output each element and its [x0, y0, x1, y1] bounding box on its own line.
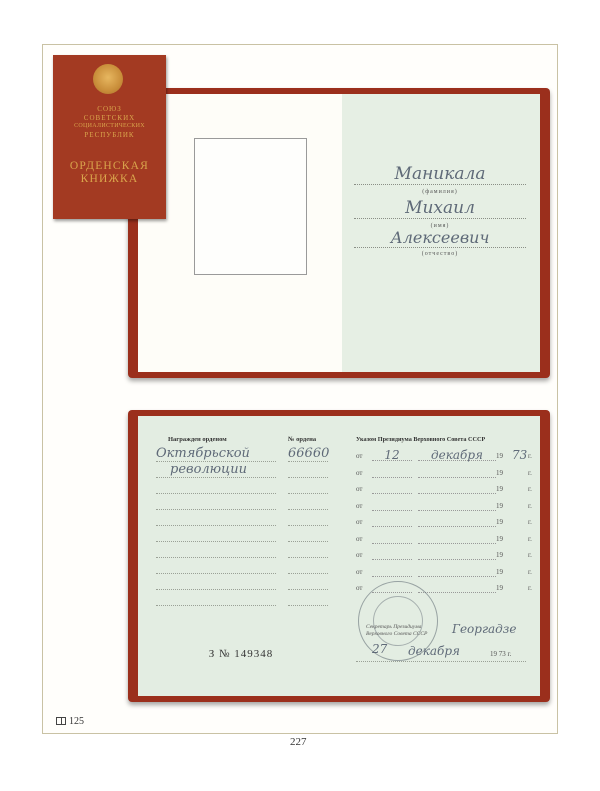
decree-date-row: от19г. [356, 518, 536, 530]
ot-label: от [356, 535, 362, 543]
ot-label: от [356, 551, 362, 559]
surname-value: Маникала [354, 164, 526, 185]
month-field [418, 531, 496, 544]
booklet-cover: СОЮЗ СОВЕТСКИХ СОЦИАЛИСТИЧЕСКИХ РЕСПУБЛИ… [53, 55, 166, 219]
cover-title: ОРДЕНСКАЯ КНИЖКА [53, 160, 166, 186]
patronymic-label: (отчество) [354, 251, 526, 257]
day-field [372, 465, 412, 478]
booklet-awards-spread: Награжден орденом № ордена Октябрьской р… [128, 410, 550, 702]
year-suffix: г. [528, 551, 532, 559]
year-suffix: г. [528, 518, 532, 526]
day-field [372, 531, 412, 544]
decree-date-row: от19г. [356, 502, 536, 514]
header-order-number: № ордена [288, 436, 316, 443]
decree-date-row: от19г. [356, 551, 536, 563]
day-field [372, 498, 412, 511]
day-field [372, 514, 412, 527]
decree-date-row: от19г. [356, 568, 536, 580]
photo-page [138, 94, 342, 372]
year-suffix: г. [528, 535, 532, 543]
awards-page: Награжден орденом № ордена Октябрьской р… [138, 416, 344, 696]
year-suffix: г. [528, 452, 532, 460]
reference-note: 125 [56, 716, 84, 727]
decree-date-row: от19г. [356, 535, 536, 547]
month-field [418, 465, 496, 478]
month-field [418, 564, 496, 577]
issue-year: 19 73 г. [490, 650, 511, 658]
booklet-identity-spread: Маникала (фамилия) Михаил (имя) Алексеев… [128, 88, 550, 378]
year-prefix: 19 [496, 584, 503, 592]
booklet-serial-number: З № 149348 [138, 648, 344, 660]
secretary-title: Секретарь Президиума Верховного Совета С… [366, 624, 427, 638]
order-name-line1: Октябрьской [156, 446, 250, 461]
state-emblem-icon [93, 64, 123, 94]
year-suffix: г. [528, 469, 532, 477]
decree-header: Указом Президиума Верховного Совета СССР [356, 436, 485, 443]
decree-date-row: от19г. [356, 469, 536, 481]
year-field: 73 [512, 448, 527, 462]
month-field [418, 580, 496, 593]
header-order: Награжден орденом [168, 436, 227, 443]
surname-label: (фамилия) [354, 189, 526, 195]
patronymic-value: Алексеевич [354, 228, 526, 248]
year-prefix: 19 [496, 485, 503, 493]
ot-label: от [356, 452, 362, 460]
year-prefix: 19 [496, 502, 503, 510]
month-field [418, 481, 496, 494]
day-field [372, 547, 412, 560]
day-field: 12 [372, 448, 412, 461]
day-field [372, 481, 412, 494]
year-suffix: г. [528, 502, 532, 510]
day-field [372, 564, 412, 577]
decree-page: Указом Президиума Верховного Совета СССР… [344, 416, 540, 696]
ot-label: от [356, 584, 362, 592]
issue-day: 27 [372, 642, 387, 656]
year-prefix: 19 [496, 535, 503, 543]
month-field [418, 547, 496, 560]
month-field [418, 514, 496, 527]
year-suffix: г. [528, 485, 532, 493]
decree-date-row: от19г. [356, 485, 536, 497]
month-field: декабря [418, 448, 496, 461]
book-icon [56, 717, 66, 725]
seal-emblem-icon [373, 596, 423, 646]
ot-label: от [356, 469, 362, 477]
ot-label: от [356, 518, 362, 526]
ot-label: от [356, 568, 362, 576]
order-number-value: 66660 [288, 446, 329, 461]
order-name-line2: революции [170, 462, 247, 477]
ot-label: от [356, 485, 362, 493]
secretary-signature: Георгадзе [452, 622, 516, 636]
name-value: Михаил [354, 198, 526, 219]
cover-country: СОЮЗ СОВЕТСКИХ СОЦИАЛИСТИЧЕСКИХ РЕСПУБЛИ… [53, 105, 166, 139]
year-suffix: г. [528, 584, 532, 592]
decree-date-row: от12декабря19г.73 [356, 452, 536, 464]
year-prefix: 19 [496, 452, 503, 460]
year-suffix: г. [528, 568, 532, 576]
year-prefix: 19 [496, 518, 503, 526]
year-prefix: 19 [496, 551, 503, 559]
year-prefix: 19 [496, 469, 503, 477]
page-number: 227 [290, 736, 307, 748]
month-field [418, 498, 496, 511]
identity-page: Маникала (фамилия) Михаил (имя) Алексеев… [342, 94, 540, 372]
issue-month: декабря [408, 644, 460, 658]
ot-label: от [356, 502, 362, 510]
photo-placeholder [194, 138, 307, 275]
year-prefix: 19 [496, 568, 503, 576]
